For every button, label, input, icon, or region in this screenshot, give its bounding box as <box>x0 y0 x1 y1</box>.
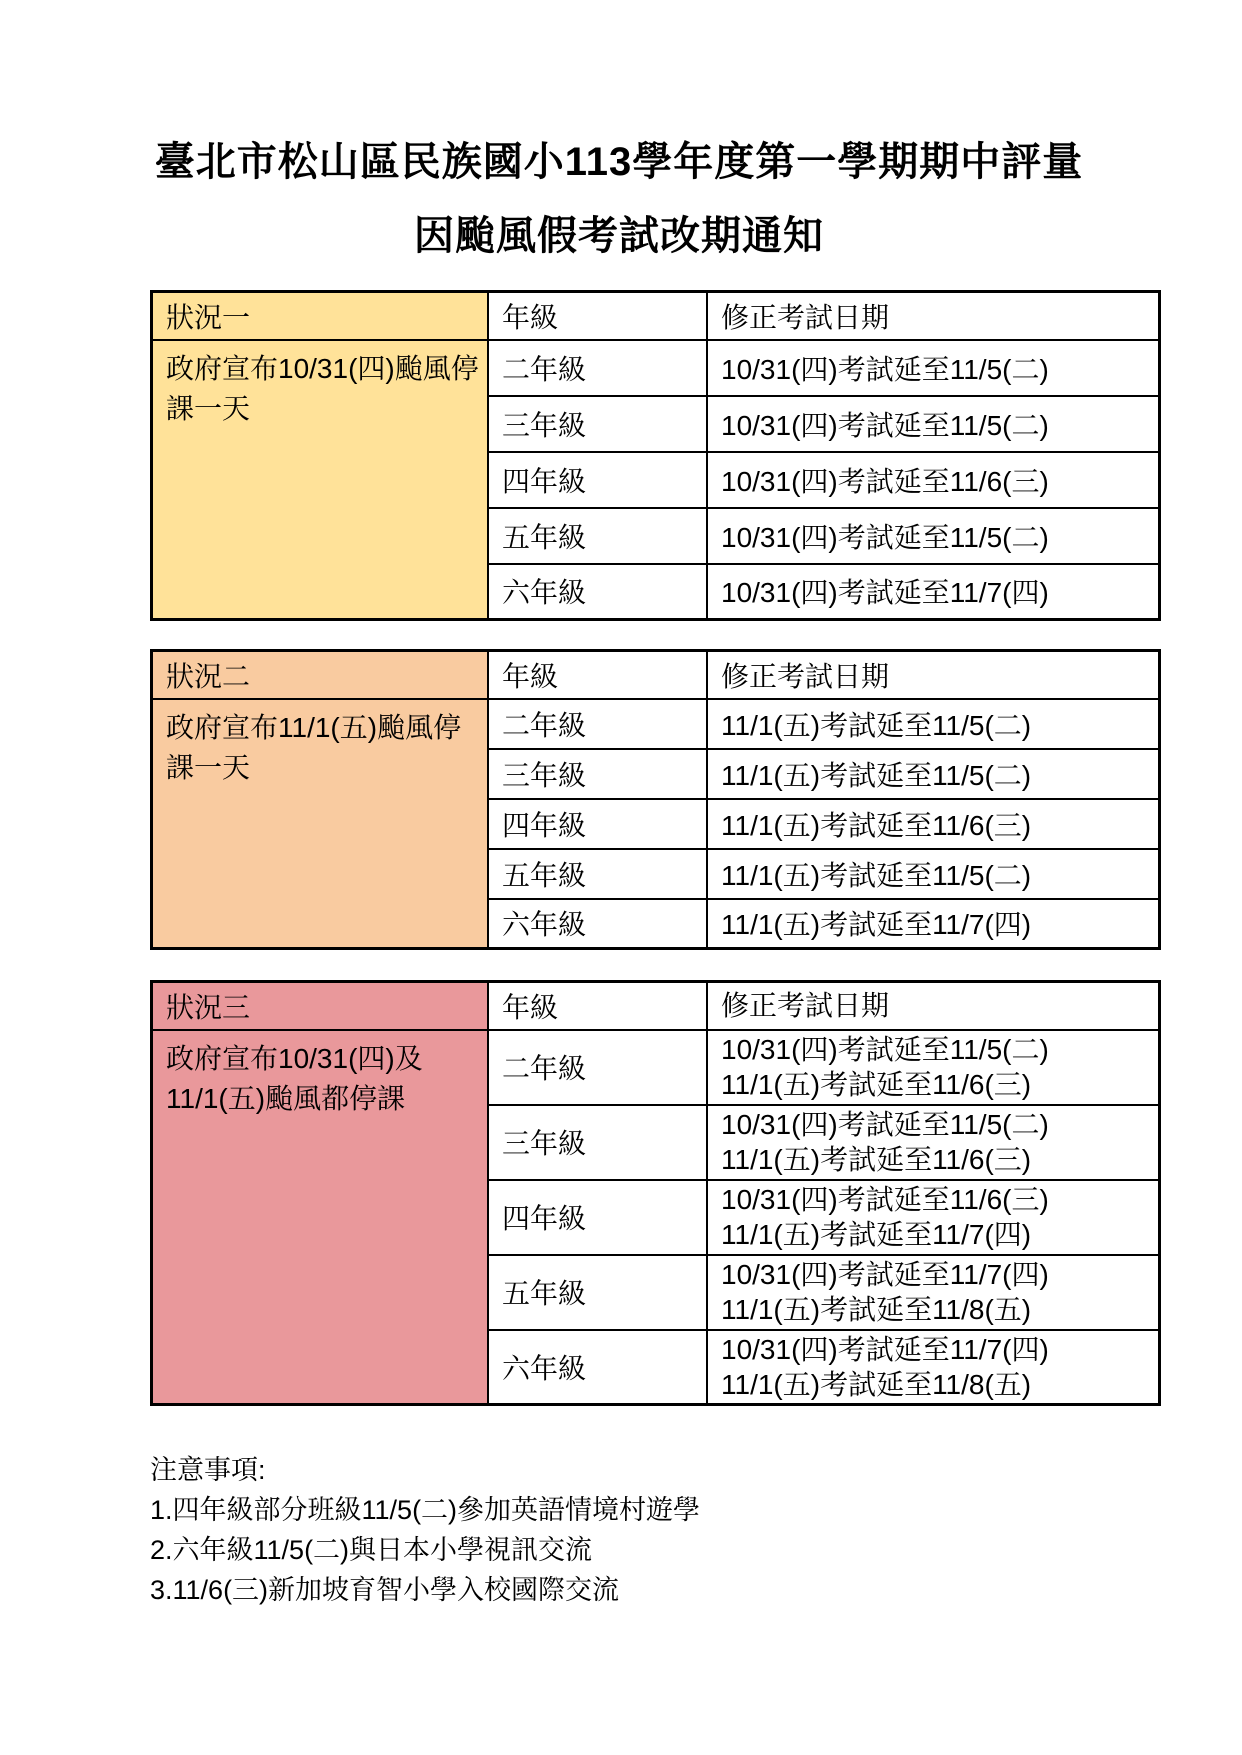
date-line: 10/31(四)考試延至11/5(二) <box>721 1107 1150 1142</box>
date-cell: 10/31(四)考試延至11/5(二) <box>707 508 1160 564</box>
date-cell: 10/31(四)考試延至11/5(二) 11/1(五)考試延至11/6(三) <box>707 1030 1160 1105</box>
scenario-1-description: 政府宣布10/31(四)颱風停課一天 <box>152 340 489 620</box>
scenario-1-grade-column-header: 年級 <box>488 292 707 340</box>
scenario-3-header-row: 狀況三 年級 修正考試日期 <box>152 982 1160 1030</box>
grade-cell: 六年級 <box>488 564 707 620</box>
table-row: 政府宣布10/31(四)颱風停課一天 二年級 10/31(四)考試延至11/5(… <box>152 340 1160 396</box>
date-line: 11/1(五)考試延至11/7(四) <box>721 1217 1150 1252</box>
note-item: 1.四年級部分班級11/5(二)參加英語情境村遊學 <box>150 1490 1140 1530</box>
date-line: 10/31(四)考試延至11/6(三) <box>721 1182 1150 1217</box>
table-row: 政府宣布11/1(五)颱風停課一天 二年級 11/1(五)考試延至11/5(二) <box>152 699 1160 749</box>
scenario-1-date-column-header: 修正考試日期 <box>707 292 1160 340</box>
date-cell: 10/31(四)考試延至11/5(二) <box>707 396 1160 452</box>
grade-cell: 二年級 <box>488 699 707 749</box>
grade-cell: 二年級 <box>488 340 707 396</box>
table-row: 政府宣布10/31(四)及11/1(五)颱風都停課 二年級 10/31(四)考試… <box>152 1030 1160 1105</box>
note-item: 2.六年級11/5(二)與日本小學視訊交流 <box>150 1530 1140 1570</box>
scenario-2-grade-column-header: 年級 <box>488 651 707 699</box>
date-cell: 11/1(五)考試延至11/5(二) <box>707 849 1160 899</box>
date-line: 11/1(五)考試延至11/6(三) <box>721 1067 1150 1102</box>
scenario-1-header-row: 狀況一 年級 修正考試日期 <box>152 292 1160 340</box>
date-cell: 10/31(四)考試延至11/7(四) <box>707 564 1160 620</box>
scenario-1-table: 狀況一 年級 修正考試日期 政府宣布10/31(四)颱風停課一天 二年級 10/… <box>150 290 1161 621</box>
date-line: 11/1(五)考試延至11/8(五) <box>721 1367 1150 1402</box>
date-cell: 11/1(五)考試延至11/5(二) <box>707 699 1160 749</box>
scenario-3-table: 狀況三 年級 修正考試日期 政府宣布10/31(四)及11/1(五)颱風都停課 … <box>150 980 1161 1406</box>
date-line: 10/31(四)考試延至11/7(四) <box>721 1257 1150 1292</box>
scenario-3-description: 政府宣布10/31(四)及11/1(五)颱風都停課 <box>152 1030 489 1405</box>
note-item: 3.11/6(三)新加坡育智小學入校國際交流 <box>150 1570 1140 1610</box>
date-cell: 10/31(四)考試延至11/6(三) 11/1(五)考試延至11/7(四) <box>707 1180 1160 1255</box>
date-cell: 11/1(五)考試延至11/5(二) <box>707 749 1160 799</box>
notice-document: 臺北市松山區民族國小113學年度第一學期期中評量 因颱風假考試改期通知 狀況一 … <box>0 0 1242 1755</box>
scenario-3-date-column-header: 修正考試日期 <box>707 982 1160 1030</box>
scenario-2-label: 狀況二 <box>152 651 489 699</box>
date-line: 11/1(五)考試延至11/6(三) <box>721 1142 1150 1177</box>
grade-cell: 五年級 <box>488 1255 707 1330</box>
date-line: 11/1(五)考試延至11/8(五) <box>721 1292 1150 1327</box>
date-line: 10/31(四)考試延至11/7(四) <box>721 1332 1150 1367</box>
grade-cell: 六年級 <box>488 899 707 949</box>
grade-cell: 四年級 <box>488 799 707 849</box>
grade-cell: 二年級 <box>488 1030 707 1105</box>
scenario-2-date-column-header: 修正考試日期 <box>707 651 1160 699</box>
date-cell: 11/1(五)考試延至11/6(三) <box>707 799 1160 849</box>
date-cell: 10/31(四)考試延至11/5(二) 11/1(五)考試延至11/6(三) <box>707 1105 1160 1180</box>
scenario-2-description: 政府宣布11/1(五)颱風停課一天 <box>152 699 489 949</box>
date-cell: 11/1(五)考試延至11/7(四) <box>707 899 1160 949</box>
grade-cell: 三年級 <box>488 749 707 799</box>
document-title-line1: 臺北市松山區民族國小113學年度第一學期期中評量 <box>150 138 1088 186</box>
grade-cell: 四年級 <box>488 1180 707 1255</box>
date-cell: 10/31(四)考試延至11/7(四) 11/1(五)考試延至11/8(五) <box>707 1255 1160 1330</box>
grade-cell: 四年級 <box>488 452 707 508</box>
grade-cell: 五年級 <box>488 508 707 564</box>
notes-heading: 注意事項: <box>150 1450 1140 1490</box>
document-title-line2: 因颱風假考試改期通知 <box>150 212 1088 260</box>
scenario-2-header-row: 狀況二 年級 修正考試日期 <box>152 651 1160 699</box>
scenario-2-table: 狀況二 年級 修正考試日期 政府宣布11/1(五)颱風停課一天 二年級 11/1… <box>150 649 1161 950</box>
scenario-3-label: 狀況三 <box>152 982 489 1030</box>
date-cell: 10/31(四)考試延至11/7(四) 11/1(五)考試延至11/8(五) <box>707 1330 1160 1405</box>
grade-cell: 五年級 <box>488 849 707 899</box>
grade-cell: 六年級 <box>488 1330 707 1405</box>
grade-cell: 三年級 <box>488 1105 707 1180</box>
grade-cell: 三年級 <box>488 396 707 452</box>
scenario-3-grade-column-header: 年級 <box>488 982 707 1030</box>
scenario-1-label: 狀況一 <box>152 292 489 340</box>
date-line: 10/31(四)考試延至11/5(二) <box>721 1032 1150 1067</box>
notes-section: 注意事項: 1.四年級部分班級11/5(二)參加英語情境村遊學 2.六年級11/… <box>150 1450 1140 1610</box>
date-cell: 10/31(四)考試延至11/6(三) <box>707 452 1160 508</box>
date-cell: 10/31(四)考試延至11/5(二) <box>707 340 1160 396</box>
